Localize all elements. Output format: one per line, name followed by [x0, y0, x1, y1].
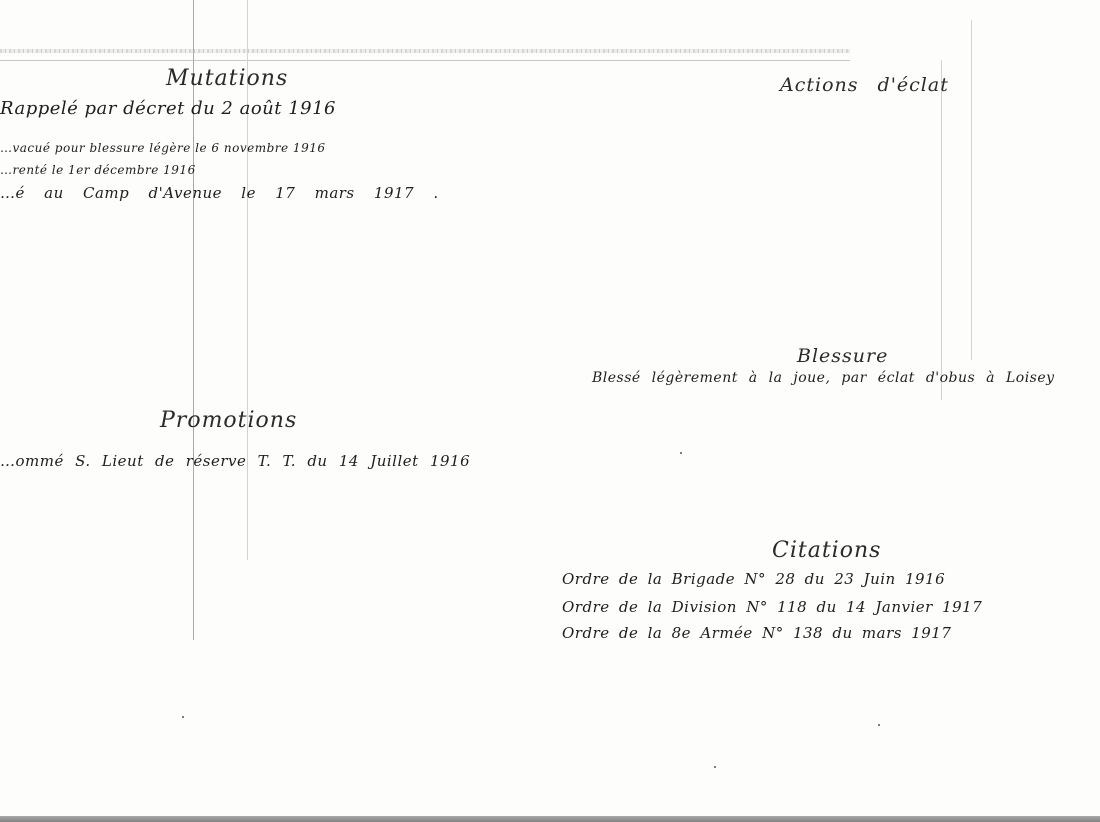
mutations-heading: Mutations	[166, 66, 288, 91]
scan-speck	[680, 452, 682, 454]
actions-heading: Actions d'éclat	[780, 74, 949, 96]
column-divider-left	[193, 0, 194, 640]
citation-line: Ordre de la Brigade N° 28 du 23 Juin 191…	[562, 570, 945, 588]
blessure-heading: Blessure	[797, 345, 888, 367]
citation-line: Ordre de la Division N° 118 du 14 Janvie…	[562, 598, 982, 616]
scan-speck	[878, 724, 880, 726]
column-divider-right-faint	[941, 60, 942, 400]
blessure-line: Blessé légèrement à la joue, par éclat d…	[592, 370, 1055, 386]
column-divider-right	[971, 20, 972, 360]
mutation-line: …é au Camp d'Avenue le 17 mars 1917 .	[0, 184, 439, 202]
citation-line: Ordre de la 8e Armée N° 138 du mars 1917	[562, 624, 951, 642]
document-page: Mutations Rappelé par décret du 2 août 1…	[0, 0, 1100, 822]
citations-heading: Citations	[772, 538, 881, 563]
promotion-line: …ommé S. Lieut de réserve T. T. du 14 Ju…	[0, 452, 470, 470]
scan-speck	[714, 766, 716, 768]
mutation-line: Rappelé par décret du 2 août 1916	[0, 98, 336, 119]
promotions-heading: Promotions	[160, 408, 297, 433]
printed-top-rule	[0, 49, 850, 53]
scan-speck	[182, 716, 184, 718]
mutation-line: …vacué pour blessure légère le 6 novembr…	[0, 141, 325, 155]
scan-bottom-edge	[0, 816, 1100, 822]
printed-top-thin-rule	[0, 60, 850, 61]
mutation-line: …renté le 1er décembre 1916	[0, 163, 196, 177]
